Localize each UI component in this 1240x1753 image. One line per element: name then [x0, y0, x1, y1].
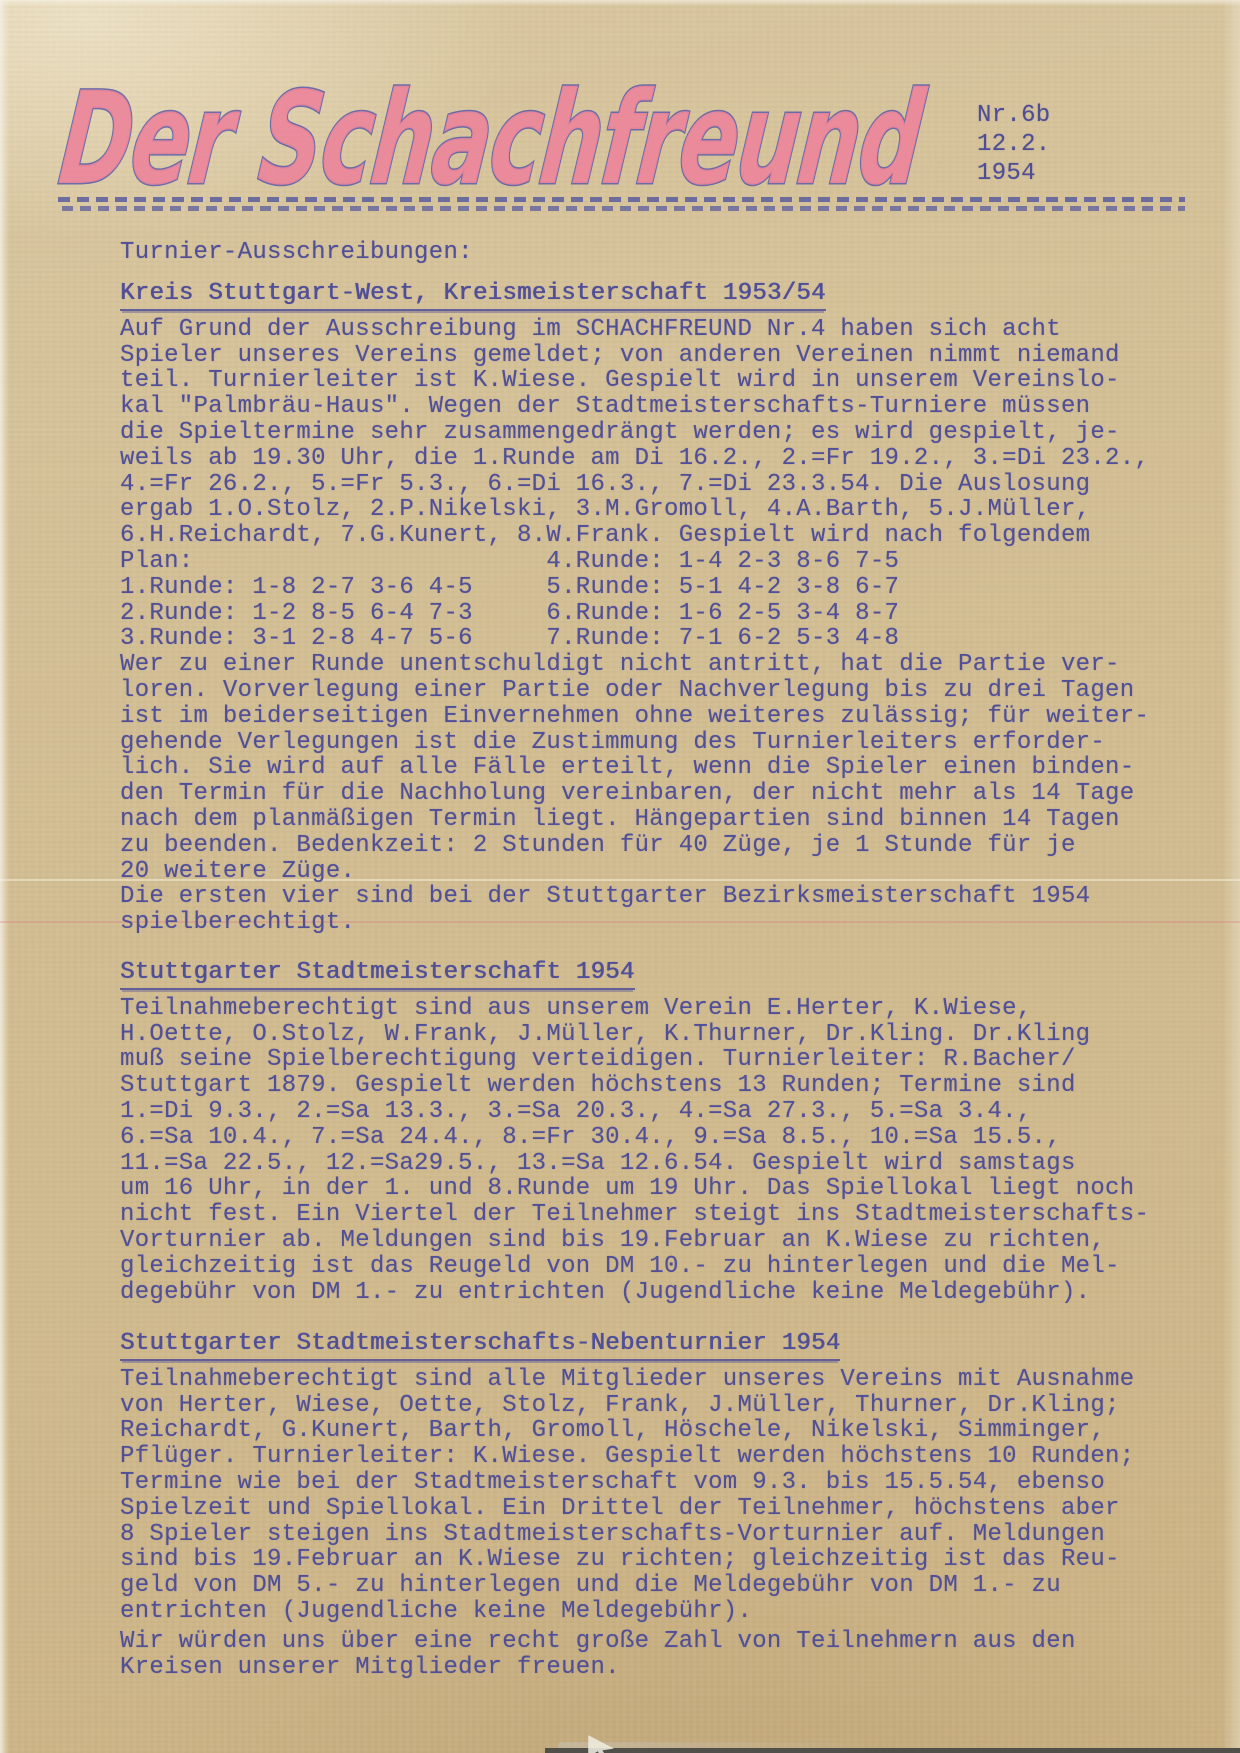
section-nebenturnier: Stuttgarter Stadtmeisterschafts-Nebentur… — [120, 1331, 1134, 1625]
section-body: Teilnahmeberechtigt sind alle Mitglieder… — [120, 1367, 1134, 1625]
section-body: Teilnahmeberechtigt sind aus unserem Ver… — [120, 996, 1149, 1306]
masthead: Der Schachfreund — [52, 55, 952, 230]
scan-edge-top — [0, 0, 1240, 6]
intro-label: Turnier-Ausschreibungen: — [120, 240, 473, 266]
scan-edge-right — [1222, 0, 1240, 1753]
newsletter-scan-page: Der Schachfreund Nr.6b 12.2. 1954 Turnie… — [0, 0, 1240, 1753]
section-heading: Stuttgarter Stadtmeisterschafts-Nebentur… — [120, 1331, 840, 1361]
section-kreismeisterschaft: Kreis Stuttgart-West, Kreismeisterschaft… — [120, 281, 1149, 936]
issue-year: 1954 — [977, 159, 1051, 188]
issue-number: Nr.6b — [977, 101, 1051, 130]
issue-date: 12.2. — [977, 130, 1051, 159]
section-body: Auf Grund der Ausschreibung im SCHACHFRE… — [120, 317, 1149, 936]
masthead-rule-top — [58, 197, 1185, 202]
section-heading: Kreis Stuttgart-West, Kreismeisterschaft… — [120, 281, 826, 311]
section-heading: Stuttgarter Stadtmeisterschaft 1954 — [120, 960, 635, 990]
scan-edge-bottom — [545, 1748, 1240, 1753]
section-stadtmeisterschaft: Stuttgarter Stadtmeisterschaft 1954 Teil… — [120, 960, 1149, 1305]
issue-info: Nr.6b 12.2. 1954 — [977, 101, 1051, 188]
closing-paragraph: Wir würden uns über eine recht große Zah… — [120, 1629, 1076, 1681]
scan-edge-left — [0, 0, 9, 1753]
masthead-rule-bottom — [58, 206, 1185, 211]
masthead-title: Der Schachfreund — [53, 65, 931, 214]
